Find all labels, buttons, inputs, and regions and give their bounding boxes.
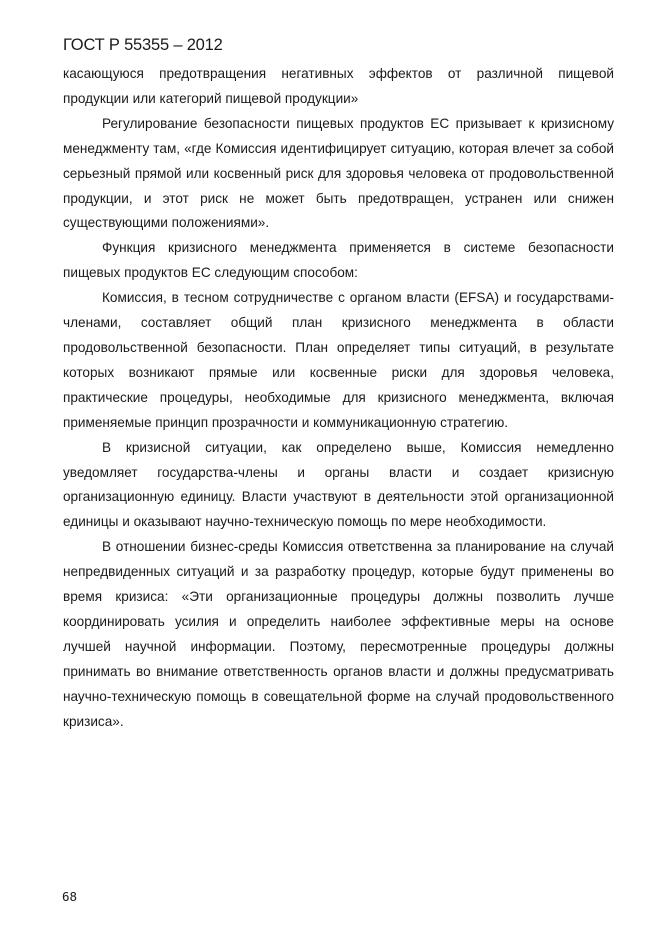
paragraph-crisis-situation: В кризисной ситуации, как определено выш… [63,436,614,536]
paragraph-eu-regulation: Регулирование безопасности пищевых проду… [63,112,614,237]
document-header-standard: ГОСТ Р 55355 – 2012 [63,36,223,55]
paragraph-crisis-function: Функция кризисного менеджмента применяет… [63,236,614,286]
paragraph-commission-plan: Комиссия, в тесном сотрудничестве с орга… [63,286,614,435]
document-body: касающуюся предотвращения негативных эфф… [63,62,614,734]
paragraph-business-environment: В отношении бизнес-среды Комиссия ответс… [63,535,614,734]
page-number: 68 [62,889,77,904]
paragraph-continuation: касающуюся предотвращения негативных эфф… [63,62,614,112]
